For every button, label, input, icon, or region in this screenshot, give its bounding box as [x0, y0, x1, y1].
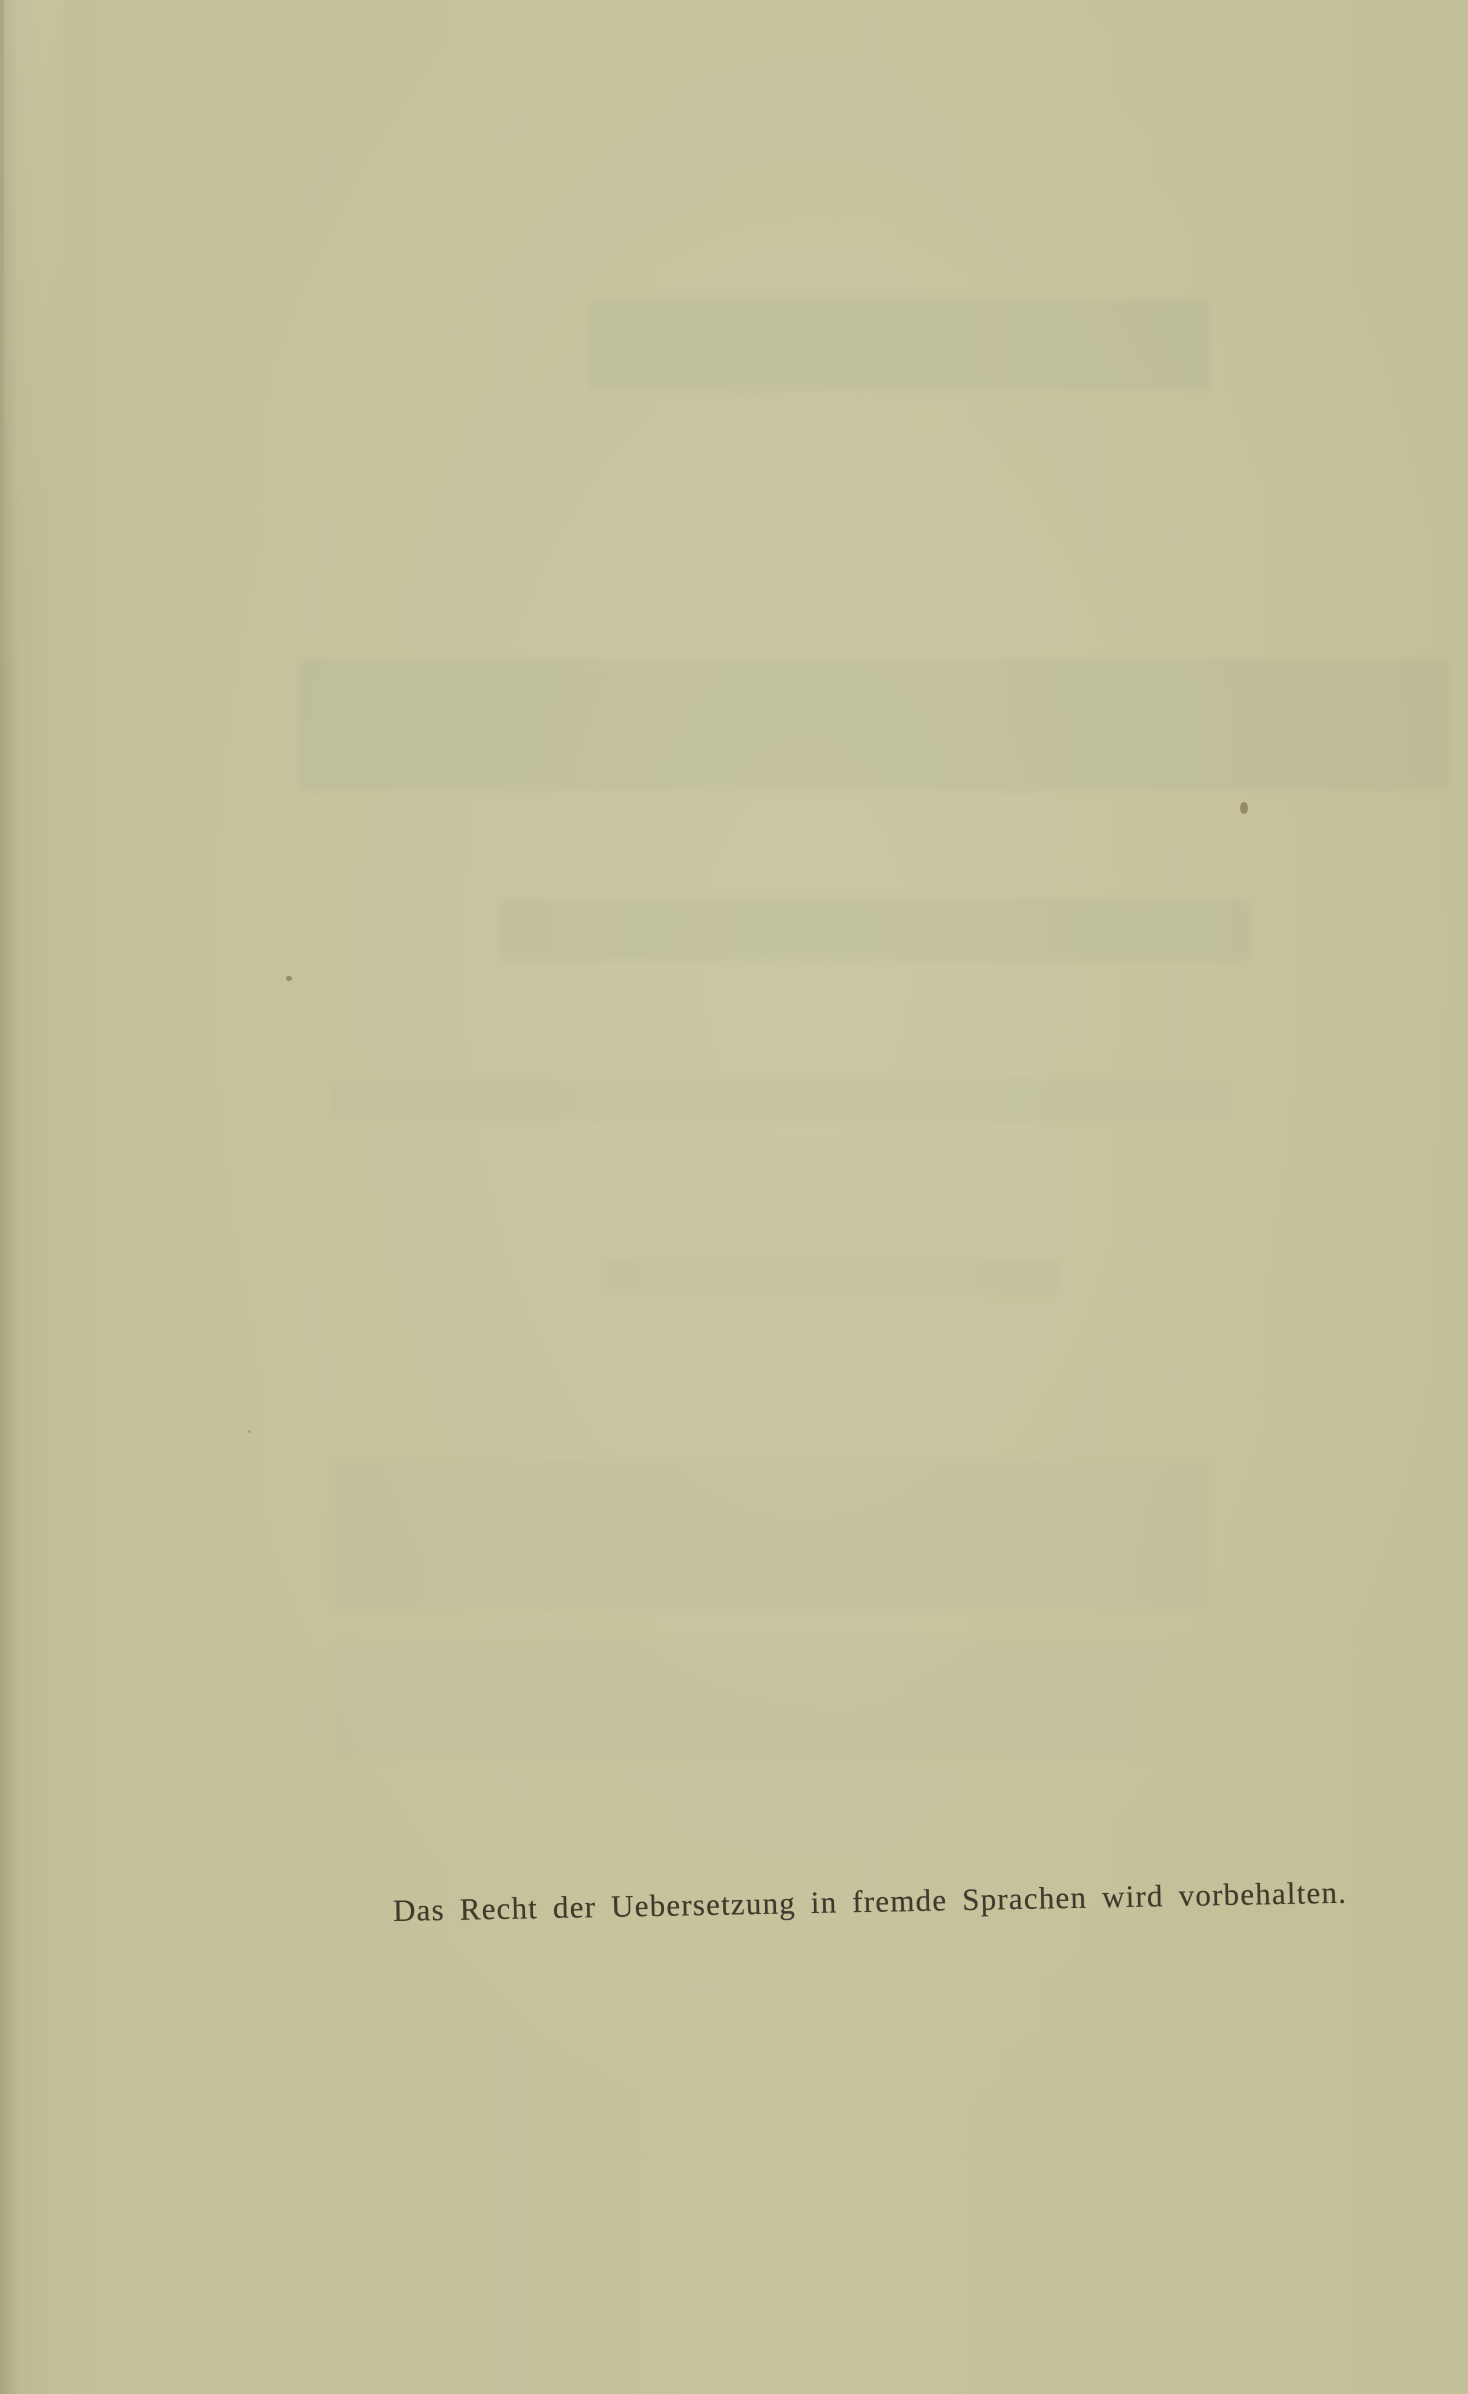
paper-speck	[1240, 802, 1248, 814]
page-curl-highlight	[4, 0, 64, 700]
bleed-through-text-block	[600, 1260, 1060, 1296]
bleed-through-text-block	[330, 1640, 1190, 1760]
bleed-through-subtitle-line	[500, 900, 1250, 960]
paper-speck	[248, 1430, 251, 1433]
bleed-through-text-block	[330, 1460, 1210, 1610]
bleed-through-title-line-2	[300, 660, 1450, 790]
book-page: Das Recht der Uebersetzung in fremde Spr…	[0, 0, 1468, 2394]
bleed-through-text-block	[330, 1080, 1230, 1120]
translation-rights-notice: Das Recht der Uebersetzung in fremde Spr…	[393, 1875, 1354, 1929]
paper-speck	[286, 976, 292, 981]
bleed-through-title-line-1	[590, 300, 1210, 390]
